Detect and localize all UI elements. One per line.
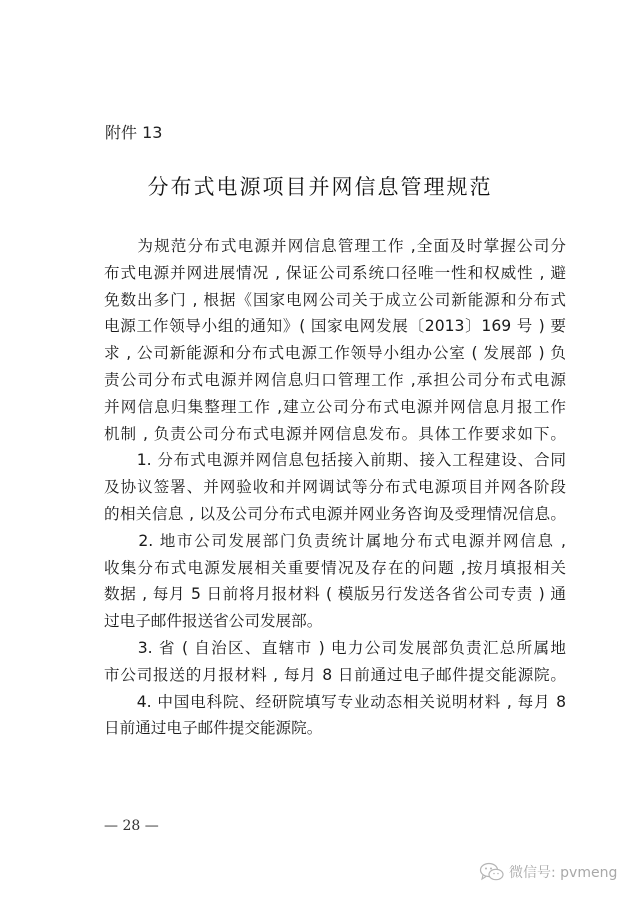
text-line: 过电子邮件报送省公司发展部。 [104, 608, 566, 635]
wechat-icon [479, 862, 505, 882]
text-line: 为规范分布式电源并网信息管理工作 ,全面及时掌握公司分 [104, 233, 566, 260]
text-line: 的相关信息 , 以及公司分布式电源并网业务咨询及受理情况信息。 [104, 501, 566, 528]
paragraph-intro: 为规范分布式电源并网信息管理工作 ,全面及时掌握公司分 布式电源并网进展情况 ,… [104, 233, 566, 447]
attachment-label: 附件 13 [105, 120, 162, 143]
text-line: 求 , 公司新能源和分布式电源工作领导小组办公室 ( 发展部 ) 负 [104, 340, 566, 367]
text-line: 1. 分布式电源并网信息包括接入前期、接入工程建设、合同 [104, 447, 566, 474]
text-line: 数据 , 每月 5 日前将月报材料 ( 模版另行发送各省公司专责 ) 通 [104, 581, 566, 608]
text-line: 免数出多门 , 根据《国家电网公司关于成立公司新能源和分布式 [104, 287, 566, 314]
paragraph-item-1: 1. 分布式电源并网信息包括接入前期、接入工程建设、合同 及协议签署、并网验收和… [104, 447, 566, 527]
document-body: 为规范分布式电源并网信息管理工作 ,全面及时掌握公司分 布式电源并网进展情况 ,… [104, 233, 566, 742]
text-line: 市公司报送的月报材料 , 每月 8 日前通过电子邮件提交能源院。 [104, 662, 566, 689]
paragraph-item-2: 2. 地市公司发展部门负责统计属地分布式电源并网信息 , 收集分布式电源发展相关… [104, 528, 566, 635]
text-line: 3. 省 ( 自治区、直辖市 ) 电力公司发展部负责汇总所属地 [104, 635, 566, 662]
paragraph-item-3: 3. 省 ( 自治区、直辖市 ) 电力公司发展部负责汇总所属地 市公司报送的月报… [104, 635, 566, 689]
text-line: 收集分布式电源发展相关重要情况及存在的问题 ,按月填报相关 [104, 555, 566, 582]
document-title: 分布式电源项目并网信息管理规范 [0, 171, 640, 201]
document-page: 附件 13 分布式电源项目并网信息管理规范 为规范分布式电源并网信息管理工作 ,… [0, 0, 640, 905]
watermark-text: 微信号: pvmeng [509, 862, 617, 882]
page-number: — 28 — [104, 818, 159, 834]
text-line: 布式电源并网进展情况 , 保证公司系统口径唯一性和权威性 , 避 [104, 260, 566, 287]
text-line: 机制 , 负责公司分布式电源并网信息发布。具体工作要求如下。 [104, 421, 566, 448]
paragraph-item-4: 4. 中国电科院、经研院填写专业动态相关说明材料 , 每月 8 日前通过电子邮件… [104, 689, 566, 743]
watermark: 微信号: pvmeng [479, 862, 617, 882]
text-line: 2. 地市公司发展部门负责统计属地分布式电源并网信息 , [104, 528, 566, 555]
text-line: 4. 中国电科院、经研院填写专业动态相关说明材料 , 每月 8 [104, 689, 566, 716]
text-line: 电源工作领导小组的通知》( 国家电网发展〔2013〕169 号 ) 要 [104, 313, 566, 340]
text-line: 日前通过电子邮件提交能源院。 [104, 715, 566, 742]
text-line: 并网信息归集整理工作 ,建立公司分布式电源并网信息月报工作 [104, 394, 566, 421]
text-line: 及协议签署、并网验收和并网调试等分布式电源项目并网各阶段 [104, 474, 566, 501]
text-line: 责公司分布式电源并网信息归口管理工作 ,承担公司分布式电源 [104, 367, 566, 394]
